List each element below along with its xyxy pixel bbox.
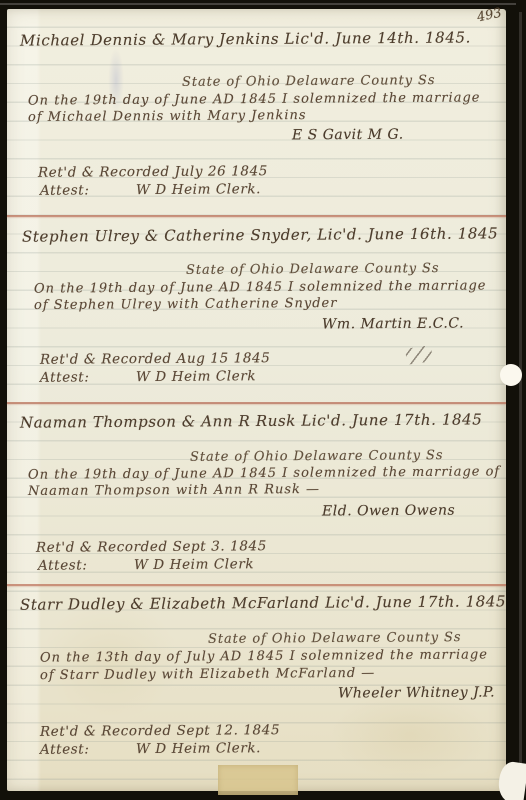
book-page-edges (519, 12, 522, 772)
entry-body-line: On the 19th day of June AD 1845 I solemn… (28, 90, 481, 108)
entry-state-line: State of Ohio Delaware County Ss (208, 630, 461, 647)
entry-state-line: State of Ohio Delaware County Ss (190, 448, 443, 465)
scan-edge-highlight (0, 3, 516, 5)
ledger-scan: { "page": { "number": "493", "kind": "Ma… (0, 0, 526, 800)
entry-heading: Michael Dennis & Mary Jenkins Lic'd. Jun… (20, 28, 471, 49)
attest-line: Attest:W D Heim Clerk (40, 368, 256, 386)
entry-body-line: of Starr Dudley with Elizabeth McFarland… (40, 666, 375, 683)
tape-repair-patch (218, 765, 298, 795)
clerk-signature: W D Heim Clerk. (136, 181, 261, 198)
officiant-signature: E S Gavit M G. (292, 127, 404, 144)
red-rule-divider (7, 584, 506, 586)
entry-state-line: State of Ohio Delaware County Ss (182, 73, 435, 90)
clerk-signature: W D Heim Clerk (136, 368, 256, 385)
entry-body-line: Naaman Thompson with Ann R Rusk — (28, 482, 320, 499)
clerk-signature: W D Heim Clerk. (136, 740, 261, 757)
entry-body-line: of Stephen Ulrey with Catherine Snyder (34, 296, 338, 313)
officiant-signature: Wheeler Whitney J.P. (338, 684, 495, 701)
entry-body-line: On the 19th day of June AD 1845 I solemn… (34, 278, 487, 296)
officiant-signature: Eld. Owen Owens (322, 503, 455, 520)
attest-label: Attest: (40, 182, 136, 199)
recorded-line: Ret'd & Recorded Sept 12. 1845 (40, 722, 280, 740)
entry-heading: Stephen Ulrey & Catherine Snyder, Lic'd.… (22, 224, 498, 245)
recorded-line: Ret'd & Recorded Aug 15 1845 (40, 350, 271, 368)
recorded-line: Ret'd & Recorded Sept 3. 1845 (36, 538, 267, 556)
red-rule-divider (7, 215, 506, 217)
clerk-signature: W D Heim Clerk (134, 556, 254, 573)
red-rule-divider (7, 402, 506, 404)
attest-line: Attest:W D Heim Clerk (38, 556, 254, 574)
entry-heading: Naaman Thompson & Ann R Rusk Lic'd. June… (20, 410, 483, 431)
attest-line: Attest:W D Heim Clerk. (40, 181, 261, 199)
attest-label: Attest: (40, 369, 136, 386)
entry-state-line: State of Ohio Delaware County Ss (186, 261, 439, 278)
entry-body-line: On the 13th day of July AD 1845 I solemn… (40, 647, 488, 665)
page-edge-notch (500, 364, 522, 386)
recorded-line: Ret'd & Recorded July 26 1845 (38, 163, 268, 181)
attest-line: Attest:W D Heim Clerk. (40, 740, 261, 758)
attest-label: Attest: (38, 557, 134, 574)
attest-label: Attest: (40, 741, 136, 758)
entry-heading: Starr Dudley & Elizabeth McFarland Lic'd… (20, 592, 506, 613)
officiant-signature: Wm. Martin E.C.C. (322, 316, 464, 333)
entry-body-line: of Michael Dennis with Mary Jenkins (28, 108, 307, 125)
